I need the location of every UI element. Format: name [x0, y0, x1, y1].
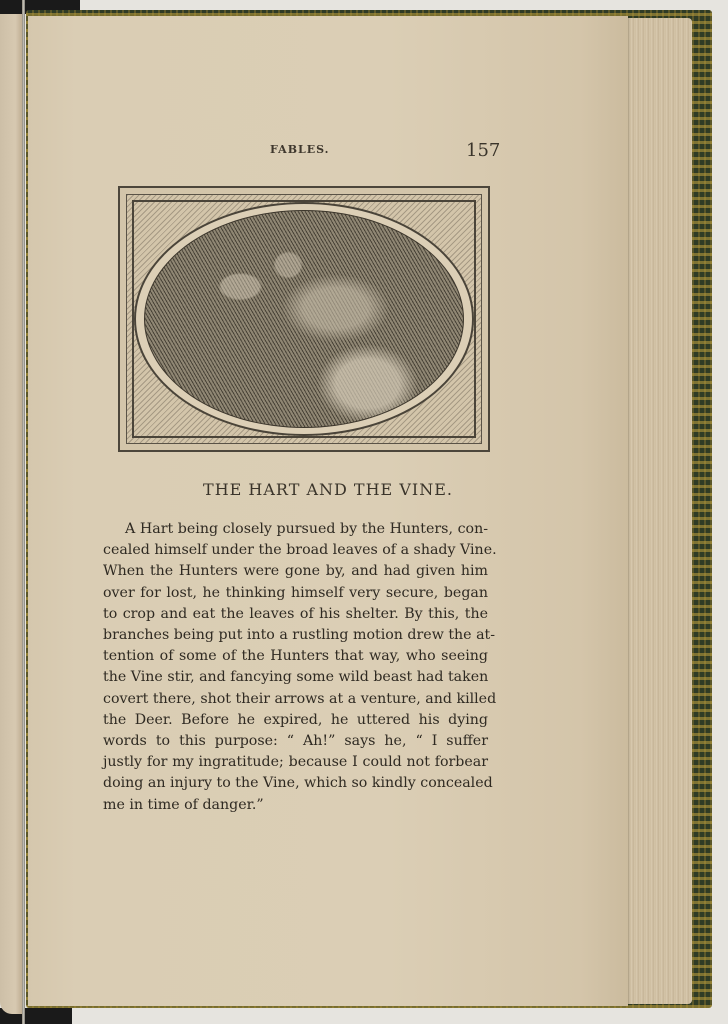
book-page: FABLES. 157 THE HART AND THE VINE. A Har…: [28, 16, 628, 1006]
text-line: the Deer. Before he expired, he uttered …: [103, 710, 488, 731]
text-line: over for lost, he thinking himself very …: [103, 583, 488, 604]
text-line: tention of some of the Hunters that way,…: [103, 646, 488, 667]
facing-page-edge: [0, 14, 22, 1014]
text-line: me in time of danger.”: [103, 795, 488, 816]
text-line: covert there, shot their arrows at a ven…: [103, 689, 488, 710]
running-header: FABLES.: [270, 143, 330, 156]
fable-title: THE HART AND THE VINE.: [28, 480, 628, 499]
engraving-illustration: [118, 186, 490, 452]
text-line: doing an injury to the Vine, which so ki…: [103, 773, 488, 794]
text-line: to crop and eat the leaves of his shelte…: [103, 604, 488, 625]
text-line: A Hart being closely pursued by the Hunt…: [103, 519, 488, 540]
text-line: branches being put into a rustling motio…: [103, 625, 488, 646]
page-number: 157: [466, 140, 500, 161]
text-line: justly for my ingratitude; because I cou…: [103, 752, 488, 773]
text-line: words to this purpose: “ Ah!” says he, “…: [103, 731, 488, 752]
text-line: the Vine stir, and fancying some wild be…: [103, 667, 488, 688]
gutter: [22, 0, 25, 1024]
text-line: When the Hunters were gone by, and had g…: [103, 561, 488, 582]
text-line: cealed himself under the broad leaves of…: [103, 540, 488, 561]
fable-body: A Hart being closely pursued by the Hunt…: [103, 519, 488, 816]
forest-scene-image: [144, 210, 464, 428]
